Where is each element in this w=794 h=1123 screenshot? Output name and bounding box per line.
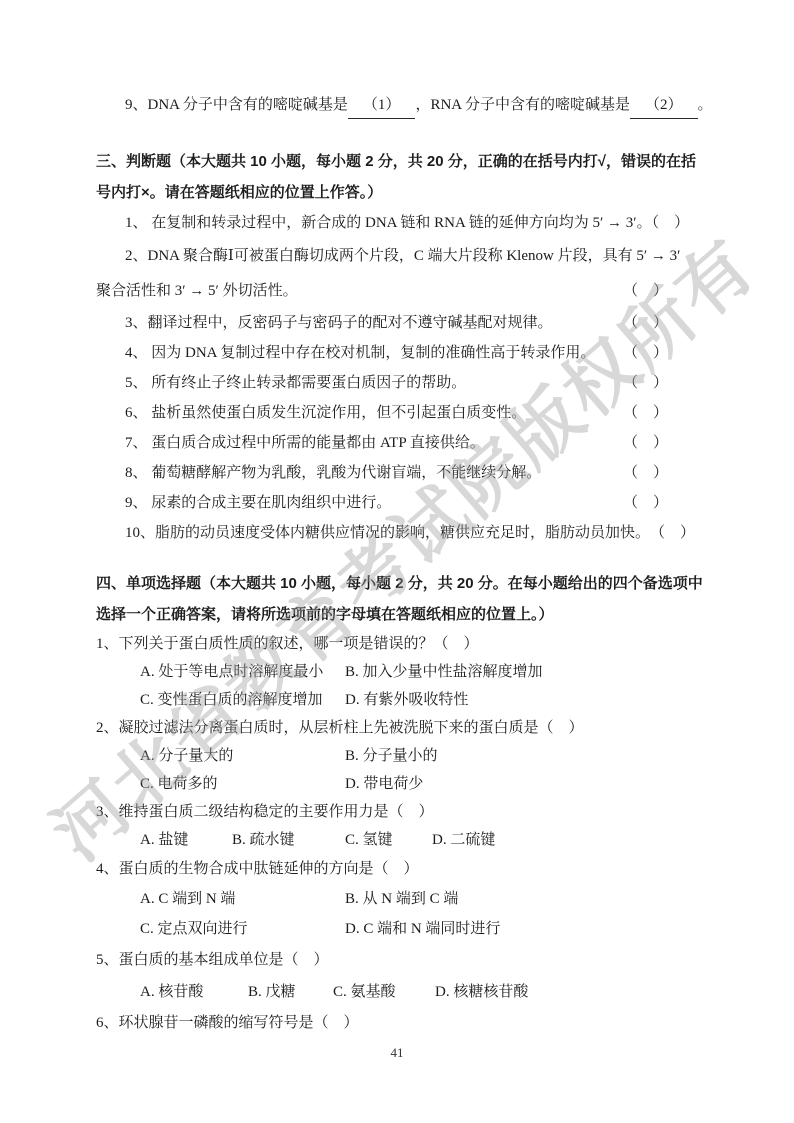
judge-item-5-paren: （ ） <box>623 368 668 398</box>
choice-q5-stem: 5、蛋白质的基本组成单位是（ ） <box>96 944 698 976</box>
judge-item-7-text: 7、 蛋白质合成过程中所需的能量都由 ATP 直接供给。 <box>125 428 485 458</box>
choice-q5-option-b: B. 戊糖 <box>248 976 333 1008</box>
choice-q2-options-row2: C. 电荷多的 D. 带电荷少 <box>96 770 698 798</box>
choice-q3-option-c: C. 氢键 <box>345 826 432 854</box>
judge-item-10-paren: （ ） <box>650 518 695 548</box>
judge-item-5-text: 5、 所有终止子终止转录都需要蛋白质因子的帮助。 <box>125 368 466 398</box>
judge-item-9: 9、 尿素的合成主要在肌肉组织中进行。 （ ） <box>96 488 698 518</box>
choice-q1-option-c: C. 变性蛋白质的溶解度增加 <box>140 686 345 714</box>
judge-item-9-paren: （ ） <box>623 488 668 518</box>
judge-item-4-paren: （ ） <box>623 338 668 368</box>
fill-q9-end: 。 <box>698 97 713 113</box>
choice-q4-options-row2: C. 定点双向进行 D. C 端和 N 端同时进行 <box>96 914 698 944</box>
choice-q2-stem: 2、凝胶过滤法分离蛋白质时，从层析柱上先被洗脱下来的蛋白质是（ ） <box>96 714 698 742</box>
choice-q3-stem: 3、维持蛋白质二级结构稳定的主要作用力是（ ） <box>96 798 698 826</box>
choice-q3-option-b: B. 疏水键 <box>232 826 345 854</box>
judge-item-5: 5、 所有终止子终止转录都需要蛋白质因子的帮助。 （ ） <box>96 368 698 398</box>
choice-q5-option-a: A. 核苷酸 <box>140 976 248 1008</box>
choice-q1-option-a: A. 处于等电点时溶解度最小 <box>140 658 345 686</box>
judge-item-6: 6、 盐析虽然使蛋白质发生沉淀作用，但不引起蛋白质变性。 （ ） <box>96 398 698 428</box>
judge-item-1-text: 1、 在复制和转录过程中，新合成的 DNA 链和 RNA 链的延伸方向均为 5′… <box>125 208 689 238</box>
judge-item-3: 3、翻译过程中，反密码子与密码子的配对不遵守碱基配对规律。 （ ） <box>96 308 698 338</box>
judge-item-7-paren: （ ） <box>623 428 668 458</box>
judge-item-2-line1: 2、DNA 聚合酶Ⅰ可被蛋白酶切成两个片段，C 端大片段称 Klenow 片段，… <box>96 238 698 275</box>
section-judge-heading-line2: 号内打×。请在答题纸相应的位置上作答。） <box>96 177 698 208</box>
section-judge-heading: 三、判断题（本大题共 10 小题，每小题 2 分，共 20 分，正确的在括号内打… <box>96 146 698 208</box>
fill-q9-blank-1: （1） <box>348 92 416 119</box>
judge-item-10: 10、脂肪的动员速度受体内糖供应情况的影响，糖供应充足时，脂肪动员加快。 （ ） <box>96 518 698 548</box>
choice-q3-option-a: A. 盐键 <box>140 826 232 854</box>
choice-q2-option-c: C. 电荷多的 <box>140 770 345 798</box>
exam-document-page: 河北省教育考试院版权所有 9、DNA 分子中含有的嘧啶碱基是（1），RNA 分子… <box>0 0 794 1123</box>
page-content: 9、DNA 分子中含有的嘧啶碱基是（1），RNA 分子中含有的嘧啶碱基是（2）。… <box>0 90 794 1068</box>
judge-item-1: 1、 在复制和转录过程中，新合成的 DNA 链和 RNA 链的延伸方向均为 5′… <box>96 208 698 238</box>
judge-item-8: 8、 葡萄糖酵解产物为乳酸，乳酸为代谢盲端，不能继续分解。 （ ） <box>96 458 698 488</box>
choice-q4-option-d: D. C 端和 N 端同时进行 <box>345 914 500 944</box>
judge-item-6-text: 6、 盐析虽然使蛋白质发生沉淀作用，但不引起蛋白质变性。 <box>125 398 526 428</box>
judge-item-6-paren: （ ） <box>623 398 668 428</box>
judge-item-10-text: 10、脂肪的动员速度受体内糖供应情况的影响，糖供应充足时，脂肪动员加快。 <box>125 518 650 548</box>
choice-q4-stem: 4、蛋白质的生物合成中肽链延伸的方向是（ ） <box>96 854 698 884</box>
choice-q4-option-a: A. C 端到 N 端 <box>140 884 345 914</box>
choice-q4-option-c: C. 定点双向进行 <box>140 914 345 944</box>
section-choice-heading-line1: 四、单项选择题（本大题共 10 小题，每小题 2 分，共 20 分。在每小题给出… <box>96 568 698 599</box>
choice-q3-options-row: A. 盐键 B. 疏水键 C. 氢键 D. 二硫键 <box>96 826 698 854</box>
choice-q5-option-d: D. 核糖核苷酸 <box>435 976 528 1008</box>
choice-q6-stem: 6、环状腺苷一磷酸的缩写符号是（ ） <box>96 1008 698 1038</box>
choice-q5-options-row: A. 核苷酸 B. 戊糖 C. 氨基酸 D. 核糖核苷酸 <box>96 976 698 1008</box>
choice-q1-options-row1: A. 处于等电点时溶解度最小 B. 加入少量中性盐溶解度增加 <box>96 658 698 686</box>
choice-q3-option-d: D. 二硫键 <box>432 826 495 854</box>
choice-q1-option-d: D. 有紫外吸收特性 <box>345 686 468 714</box>
judge-item-4-text: 4、 因为 DNA 复制过程中存在校对机制，复制的准确性高于转录作用。 <box>125 338 595 368</box>
judge-item-2-paren: （ ） <box>623 275 668 308</box>
choice-q1-stem: 1、下列关于蛋白质性质的叙述，哪一项是错误的？（ ） <box>96 630 698 658</box>
section-choice-heading: 四、单项选择题（本大题共 10 小题，每小题 2 分，共 20 分。在每小题给出… <box>96 568 698 630</box>
fill-q9-mid: ，RNA 分子中含有的嘧啶碱基是 <box>415 97 630 113</box>
fill-q9-blank-2: （2） <box>630 92 698 119</box>
section-judge-heading-line1: 三、判断题（本大题共 10 小题，每小题 2 分，共 20 分，正确的在括号内打… <box>96 146 698 177</box>
judge-item-4: 4、 因为 DNA 复制过程中存在校对机制，复制的准确性高于转录作用。 （ ） <box>96 338 698 368</box>
choice-q2-option-b: B. 分子量小的 <box>345 742 438 770</box>
choice-q4-options-row1: A. C 端到 N 端 B. 从 N 端到 C 端 <box>96 884 698 914</box>
judge-item-3-paren: （ ） <box>623 308 668 338</box>
choice-q2-option-a: A. 分子量大的 <box>140 742 345 770</box>
judge-item-9-text: 9、 尿素的合成主要在肌肉组织中进行。 <box>125 488 391 518</box>
fill-q9-pre: 9、DNA 分子中含有的嘧啶碱基是 <box>125 97 348 113</box>
choice-q1-options-row2: C. 变性蛋白质的溶解度增加 D. 有紫外吸收特性 <box>96 686 698 714</box>
choice-q4-option-b: B. 从 N 端到 C 端 <box>345 884 458 914</box>
choice-q5-option-c: C. 氨基酸 <box>333 976 435 1008</box>
choice-q1-option-b: B. 加入少量中性盐溶解度增加 <box>345 658 543 686</box>
judge-item-2-line2: 聚合活性和 3′ → 5′ 外切活性。 （ ） <box>96 275 698 308</box>
fill-question-9: 9、DNA 分子中含有的嘧啶碱基是（1），RNA 分子中含有的嘧啶碱基是（2）。 <box>96 90 698 120</box>
section-choice-heading-line2: 选择一个正确答案，请将所选项前的字母填在答题纸相应的位置上。） <box>96 599 698 630</box>
choice-q2-options-row1: A. 分子量大的 B. 分子量小的 <box>96 742 698 770</box>
judge-item-2-text: 聚合活性和 3′ → 5′ 外切活性。 <box>96 275 298 308</box>
judge-item-7: 7、 蛋白质合成过程中所需的能量都由 ATP 直接供给。 （ ） <box>96 428 698 458</box>
judge-item-8-text: 8、 葡萄糖酵解产物为乳酸，乳酸为代谢盲端，不能继续分解。 <box>125 458 541 488</box>
judge-item-3-text: 3、翻译过程中，反密码子与密码子的配对不遵守碱基配对规律。 <box>125 308 553 338</box>
page-number: 41 <box>96 1038 698 1068</box>
judge-item-8-paren: （ ） <box>623 458 668 488</box>
choice-q2-option-d: D. 带电荷少 <box>345 770 423 798</box>
